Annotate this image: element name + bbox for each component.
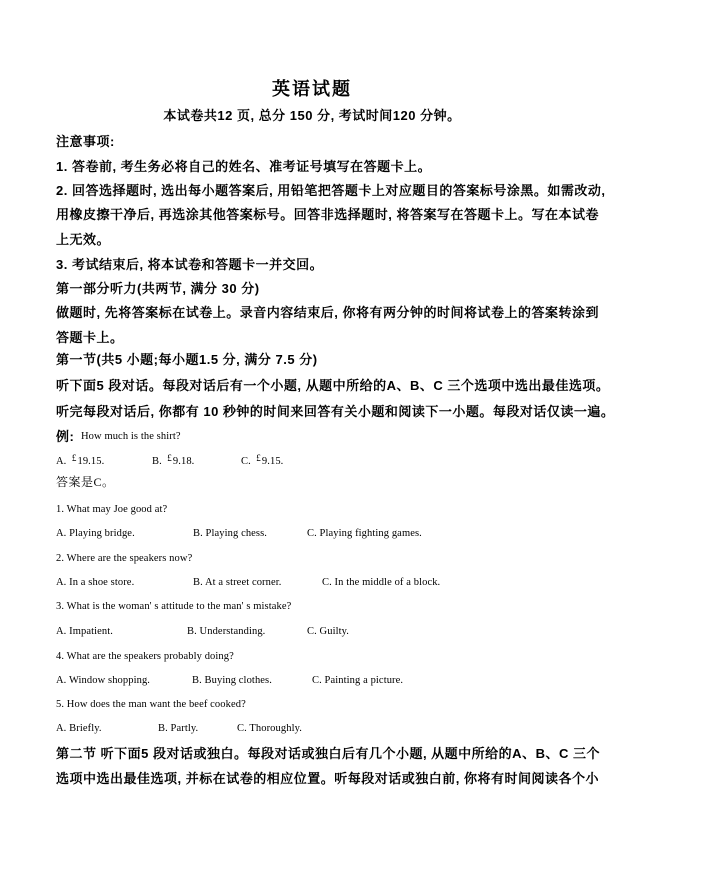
example-row: 例: How much is the shirt? [0, 429, 701, 443]
section1-heading: 第一节(共5 小题;每小题1.5 分, 满分 7.5 分) [56, 352, 318, 368]
question-5-option-b: B. Partly. [158, 722, 198, 735]
question-5-option-a: A. Briefly. [56, 722, 102, 735]
question-5-options: A. Briefly. B. Partly. C. Thoroughly. [0, 722, 701, 736]
question-1: 1. What may Joe good at? [56, 503, 167, 516]
part1-intro-line-1: 做题时, 先将答案标在试卷上。录音内容结束后, 你将有两分钟的时间将试卷上的答案… [56, 305, 599, 321]
question-4: 4. What are the speakers probably doing? [56, 650, 234, 663]
example-answer: 答案是C。 [56, 475, 115, 490]
example-option-c: C. £9.15. [241, 452, 283, 468]
example-option-b: B. £9.18. [152, 452, 194, 468]
section2-line-2: 选项中选出最佳选项, 并标在试卷的相应位置。听每段对话或独白前, 你将有时间阅读… [56, 771, 599, 787]
question-1-option-c: C. Playing fighting games. [307, 527, 422, 540]
section1-intro-line-1: 听下面5 段对话。每段对话后有一个小题, 从题中所给的A、B、C 三个选项中选出… [56, 378, 609, 394]
question-3-option-b: B. Understanding. [187, 625, 265, 638]
pound-symbol: £ [167, 453, 172, 463]
example-options-row: A. £19.15. B. £9.18. C. £9.15. [0, 452, 701, 466]
notice-item-3: 3. 考试结束后, 将本试卷和答题卡一并交回。 [56, 257, 323, 273]
pound-symbol: £ [72, 453, 77, 463]
part1-intro-line-2: 答题卡上。 [56, 330, 124, 346]
part1-heading: 第一部分听力(共两节, 满分 30 分) [56, 281, 260, 297]
question-5: 5. How does the man want the beef cooked… [56, 698, 246, 711]
section2-line-1: 第二节 听下面5 段对话或独白。每段对话或独白后有几个小题, 从题中所给的A、B… [56, 746, 600, 762]
page-subtitle: 本试卷共12 页, 总分 150 分, 考试时间120 分钟。 [55, 108, 569, 124]
question-3-option-c: C. Guilty. [307, 625, 349, 638]
example-option-a-label: A. [56, 456, 66, 467]
exam-paper-page: 英语试题 本试卷共12 页, 总分 150 分, 考试时间120 分钟。 注意事… [0, 0, 701, 877]
notice-item-2-line-1: 2. 回答选择题时, 选出每小题答案后, 用铅笔把答题卡上对应题目的答案标号涂黑… [56, 183, 606, 199]
example-option-a: A. £19.15. [56, 452, 104, 468]
question-3-options: A. Impatient. B. Understanding. C. Guilt… [0, 625, 701, 639]
example-question: How much is the shirt? [81, 430, 181, 443]
example-option-b-amount: 9.18. [173, 456, 195, 467]
example-option-c-amount: 9.15. [262, 456, 284, 467]
question-2-option-b: B. At a street corner. [193, 576, 282, 589]
example-option-b-label: B. [152, 456, 162, 467]
question-1-option-a: A. Playing bridge. [56, 527, 135, 540]
question-5-option-c: C. Thoroughly. [237, 722, 302, 735]
page-title: 英语试题 [55, 79, 569, 100]
question-3-option-a: A. Impatient. [56, 625, 113, 638]
question-2-option-a: A. In a shoe store. [56, 576, 134, 589]
question-2-options: A. In a shoe store. B. At a street corne… [0, 576, 701, 590]
question-3: 3. What is the woman' s attitude to the … [56, 600, 291, 613]
question-2: 2. Where are the speakers now? [56, 552, 192, 565]
notice-item-2-line-2: 用橡皮擦干净后, 再选涂其他答案标号。回答非选择题时, 将答案写在答题卡上。写在… [56, 207, 599, 223]
question-2-option-c: C. In the middle of a block. [322, 576, 440, 589]
section1-intro-line-2: 听完每段对话后, 你都有 10 秒钟的时间来回答有关小题和阅读下一小题。每段对话… [56, 404, 614, 420]
notice-heading: 注意事项: [56, 134, 115, 150]
question-4-options: A. Window shopping. B. Buying clothes. C… [0, 674, 701, 688]
question-4-option-c: C. Painting a picture. [312, 674, 403, 687]
example-option-c-label: C. [241, 456, 251, 467]
question-4-option-b: B. Buying clothes. [192, 674, 272, 687]
example-label: 例: [56, 429, 74, 445]
question-1-options: A. Playing bridge. B. Playing chess. C. … [0, 527, 701, 541]
pound-symbol: £ [256, 453, 261, 463]
notice-item-1: 1. 答卷前, 考生务必将自己的姓名、准考证号填写在答题卡上。 [56, 159, 431, 175]
question-1-option-b: B. Playing chess. [193, 527, 267, 540]
notice-item-2-line-3: 上无效。 [56, 232, 110, 248]
question-4-option-a: A. Window shopping. [56, 674, 150, 687]
example-option-a-amount: 19.15. [77, 456, 104, 467]
